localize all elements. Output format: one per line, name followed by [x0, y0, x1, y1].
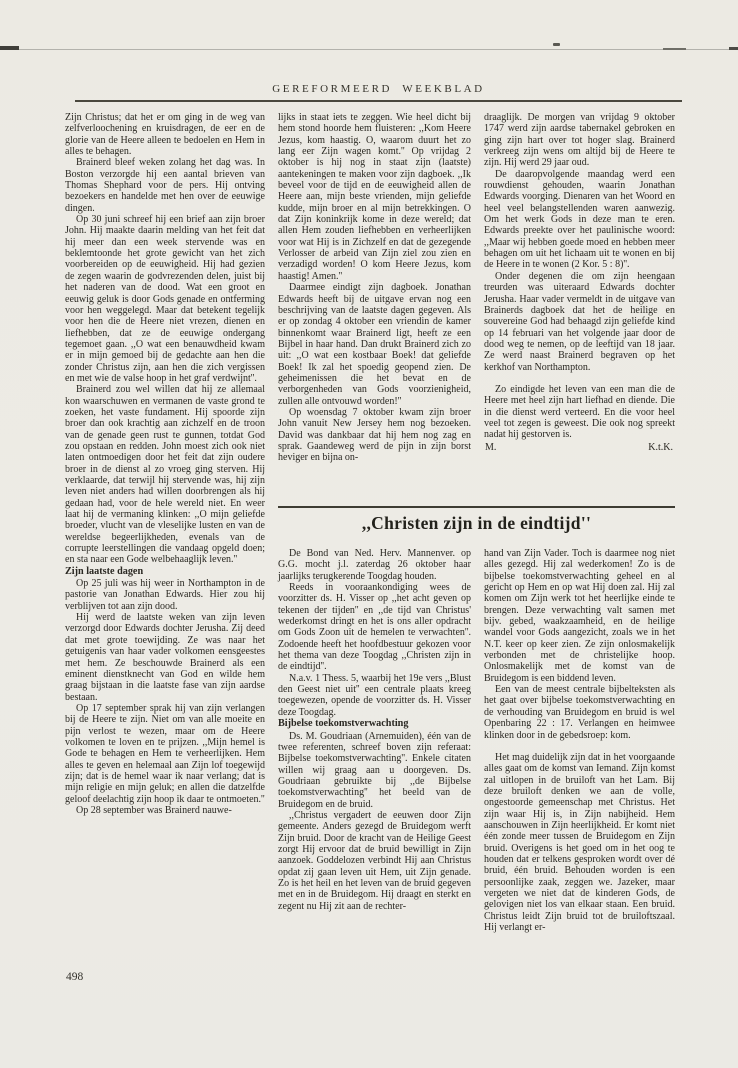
- column-3-bottom-eindtijd: hand van Zijn Vader. Toch is daarmee nog…: [484, 548, 675, 933]
- scan-artifact-right-mark: [663, 48, 686, 50]
- paragraph: lijks in staat iets te zeggen. Wie heel …: [278, 112, 471, 282]
- signoff-author-initial: M.: [485, 442, 496, 453]
- column-2-top-brainerd: lijks in staat iets te zeggen. Wie heel …: [278, 112, 471, 464]
- scan-artifact-left-mark: [0, 46, 19, 50]
- paragraph: hand van Zijn Vader. Toch is daarmee nog…: [484, 548, 675, 684]
- paragraph: Daarmee eindigt zijn dagboek. Jonathan E…: [278, 282, 471, 407]
- paragraph: Zo eindigde het leven van een man die de…: [484, 384, 675, 441]
- paragraph: Het mag duidelijk zijn dat in het voorga…: [484, 752, 675, 934]
- paragraph: Hij werd de laatste weken van zijn leven…: [65, 612, 265, 703]
- paragraph: Op 25 juli was hij weer in Northampton i…: [65, 578, 265, 612]
- paragraph: Brainerd bleef weken zolang het dag was.…: [65, 157, 265, 214]
- column-3-top-brainerd: draaglijk. De morgen van vrijdag 9 oktob…: [484, 112, 675, 453]
- paragraph: Op woensdag 7 oktober kwam zijn broer Jo…: [278, 407, 471, 464]
- scan-artifact-mid-mark: [553, 43, 560, 46]
- paragraph: N.a.v. 1 Thess. 5, waarbij het 19e vers …: [278, 673, 471, 718]
- column-1-brainerd: Zijn Christus; dat het er om ging in de …: [65, 112, 265, 816]
- article-title: ,,Christen zijn in de eindtijd'': [278, 508, 675, 534]
- paragraph: Reeds in vooraankondiging wees de voorzi…: [278, 582, 471, 673]
- signoff-row: M. K.t.K.: [484, 442, 675, 453]
- column-2-bottom-eindtijd: De Bond van Ned. Herv. Mannenver. op G.G…: [278, 548, 471, 912]
- paragraph: ,,Christus vergadert de eeuwen door Zijn…: [278, 810, 471, 912]
- section-heading: Bijbelse toekomstverwachting: [278, 718, 471, 729]
- masthead-rule: [75, 100, 682, 102]
- paragraph: Op 30 juni schreef hij een brief aan zij…: [65, 214, 265, 384]
- paragraph: Onder degenen die om zijn heengaan treur…: [484, 271, 675, 373]
- scan-artifact-line: [0, 49, 738, 50]
- paragraph: Op 28 september was Brainerd nauwe-: [65, 805, 265, 816]
- magazine-page: GEREFORMEERD WEEKBLAD Zijn Christus; dat…: [0, 0, 738, 1068]
- article-title-block: ,,Christen zijn in de eindtijd'': [278, 506, 675, 534]
- paragraph: De daaropvolgende maandag werd een rouwd…: [484, 169, 675, 271]
- masthead-title: GEREFORMEERD WEEKBLAD: [75, 83, 682, 95]
- paragraph: draaglijk. De morgen van vrijdag 9 oktob…: [484, 112, 675, 169]
- column-3-top-blocks: draaglijk. De morgen van vrijdag 9 oktob…: [484, 112, 675, 441]
- paragraph: Zijn Christus; dat het er om ging in de …: [65, 112, 265, 157]
- paragraph: Ds. M. Goudriaan (Arnemuiden), één van d…: [278, 731, 471, 810]
- signoff-translator-initials: K.t.K.: [648, 442, 673, 453]
- paragraph: De Bond van Ned. Herv. Mannenver. op G.G…: [278, 548, 471, 582]
- scan-artifact-edge-mark: [729, 47, 738, 50]
- paragraph: Een van de meest centrale bijbelteksten …: [484, 684, 675, 741]
- page-number: 498: [66, 971, 83, 983]
- paragraph: Op 17 september sprak hij van zijn verla…: [65, 703, 265, 805]
- paragraph: Brainerd zou wel willen dat hij ze allem…: [65, 384, 265, 566]
- section-heading: Zijn laatste dagen: [65, 566, 265, 577]
